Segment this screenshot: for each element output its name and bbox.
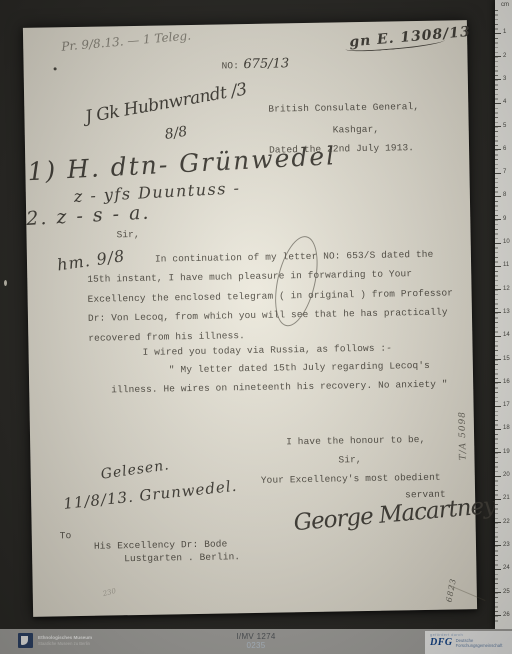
ruler-tick [495,312,501,313]
ruler-number: 18 [503,425,510,432]
ruler-tick [495,103,501,104]
ruler-tick [495,476,501,477]
ruler-tick [495,592,501,593]
ruler-number: 4 [503,99,506,106]
recipient-name: His Excellency Dr: Bode [94,538,228,551]
ruler-number: 3 [503,76,506,83]
ruler-tick [495,219,501,220]
scan-artifact-speck [4,280,7,286]
ruler-number: 8 [503,192,506,199]
ruler-number: 15 [503,356,510,363]
to-label: To [60,530,72,541]
ruler-number: 26 [503,612,510,619]
reference-number: NO: 675/13 [221,54,289,73]
ruler-tick [495,266,501,267]
letterhead-line1: British Consulate General, [268,101,419,115]
counter-signature-date: 8/8 [164,124,189,143]
ruler-tick [495,615,501,616]
ruler-number: 9 [503,216,506,223]
ruler-number: 12 [503,286,510,293]
reference-value: 675/13 [243,56,289,72]
ruler-tick [495,545,501,546]
gelesen-date-signature: 11/8/13. Grunwedel. [63,477,239,513]
ruler-tick [495,149,501,150]
edge-note-upper: T/A 5098 [457,380,468,460]
ruler-number: 16 [503,379,510,386]
telegram-quote: " My letter dated 15th July regarding Le… [111,356,462,399]
macartney-signature: George Macartney [293,493,496,537]
ruler-ticks: 1234567891011121314151617181920212223242… [495,0,512,629]
letterhead-line2: Kashgar, [333,124,380,136]
closing-line3: Your Excellency's most obedient [261,472,441,486]
salutation: Sir, [116,229,139,240]
ruler-tick [495,382,501,383]
ruler-number: 17 [503,402,510,409]
ruler-tick [495,173,501,174]
handwritten-list-item-2: 2. z - s - a. [26,202,151,230]
ruler-tick [495,569,501,570]
dfg-abbreviation: DFG [430,638,453,648]
ruler-number: 21 [503,495,510,502]
letter-page: Pr. 9/8.13. — 1 Teleg. gn E. 1308/13 NO:… [23,20,477,617]
faint-pencil-number: 230 [102,587,117,598]
edge-note-lower: 6823 [444,558,461,603]
ruler-tick [495,243,501,244]
ruler-tick [495,79,501,80]
paper-speck [54,67,57,70]
footer-bar: Ethnologisches Museum Staatliche Museen … [0,629,512,654]
ruler-number: 13 [503,309,510,316]
dfg-logo: gefördert durch DFG Deutsche Forschungsg… [425,631,512,654]
ruler-number: 7 [503,169,506,176]
ruler-number: 24 [503,565,510,572]
ruler-tick [495,196,501,197]
ruler-number: 20 [503,472,510,479]
registry-note-pencil: Pr. 9/8.13. — 1 Teleg. [61,28,192,53]
ruler-number: 6 [503,146,506,153]
ruler-number: 10 [503,239,510,246]
counter-signature: J Gk Hubnwrandt /3 [84,79,249,127]
dfg-row: DFG Deutsche Forschungsgemeinschaft [430,638,512,648]
closing-line1: I have the honour to be, [286,434,425,447]
ruler-tick [495,336,501,337]
body-paragraph: In continuation of my letter NO: 653/S d… [87,244,471,348]
ruler-tick [495,499,501,500]
ruler-number: 25 [503,589,510,596]
ruler-tick [495,452,501,453]
ruler-number: 19 [503,449,510,456]
ruler-number: 11 [503,262,509,269]
ruler-tick [495,522,501,523]
dfg-full-name: Deutsche Forschungsgemeinschaft [456,638,500,648]
ruler-tick [495,429,501,430]
ruler-number: 2 [503,53,506,60]
ruler-tick [495,359,501,360]
reference-label: NO: [221,60,239,71]
gelesen-note: Gelesen. [100,457,171,482]
ruler-tick [495,406,501,407]
recipient-address: Lustgarten . Berlin. [124,551,240,564]
ruler: cm 1234567891011121314151617181920212223… [495,0,512,629]
ruler-tick [495,126,501,127]
closing-line2: Sir, [338,454,361,465]
ruler-number: 5 [503,123,506,130]
ruler-number: 1 [503,29,506,36]
ruler-tick [495,33,501,34]
ruler-tick [495,56,501,57]
ruler-number: 22 [503,519,510,526]
ruler-tick [495,289,501,290]
ruler-number: 23 [503,542,510,549]
ruler-number: 14 [503,332,510,339]
scan-viewport: Pr. 9/8.13. — 1 Teleg. gn E. 1308/13 NO:… [0,0,512,654]
handwritten-list-item-1: 1) H. dtn- Grünwedel [27,141,337,186]
